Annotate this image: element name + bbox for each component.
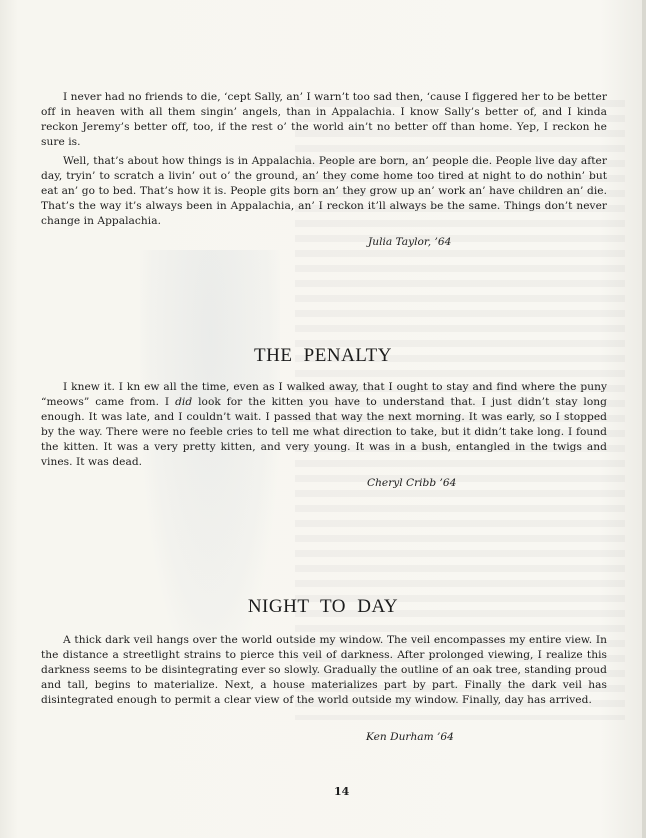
page: I never had no friends to die, ‘cept Sal… — [0, 0, 646, 838]
page-number: 14 — [334, 785, 349, 798]
author-cheryl-cribb: Cheryl Cribb ’64 — [367, 477, 456, 489]
title-the-penalty: THE PENALTY — [0, 345, 646, 367]
appalachia-paragraph-2: Well, that’s about how things is in Appa… — [41, 154, 607, 229]
penalty-emphasis: did — [175, 396, 192, 408]
page-edge — [642, 0, 646, 838]
night-to-day-paragraph: A thick dark veil hangs over the world o… — [41, 633, 607, 708]
penalty-paragraph: I knew it. I kn ew all the time, even as… — [41, 380, 607, 470]
title-night-to-day: NIGHT TO DAY — [0, 596, 646, 618]
author-julia-taylor: Julia Taylor, ’64 — [368, 236, 451, 248]
author-ken-durham: Ken Durham ’64 — [366, 731, 454, 743]
appalachia-paragraph-1: I never had no friends to die, ‘cept Sal… — [41, 90, 607, 150]
